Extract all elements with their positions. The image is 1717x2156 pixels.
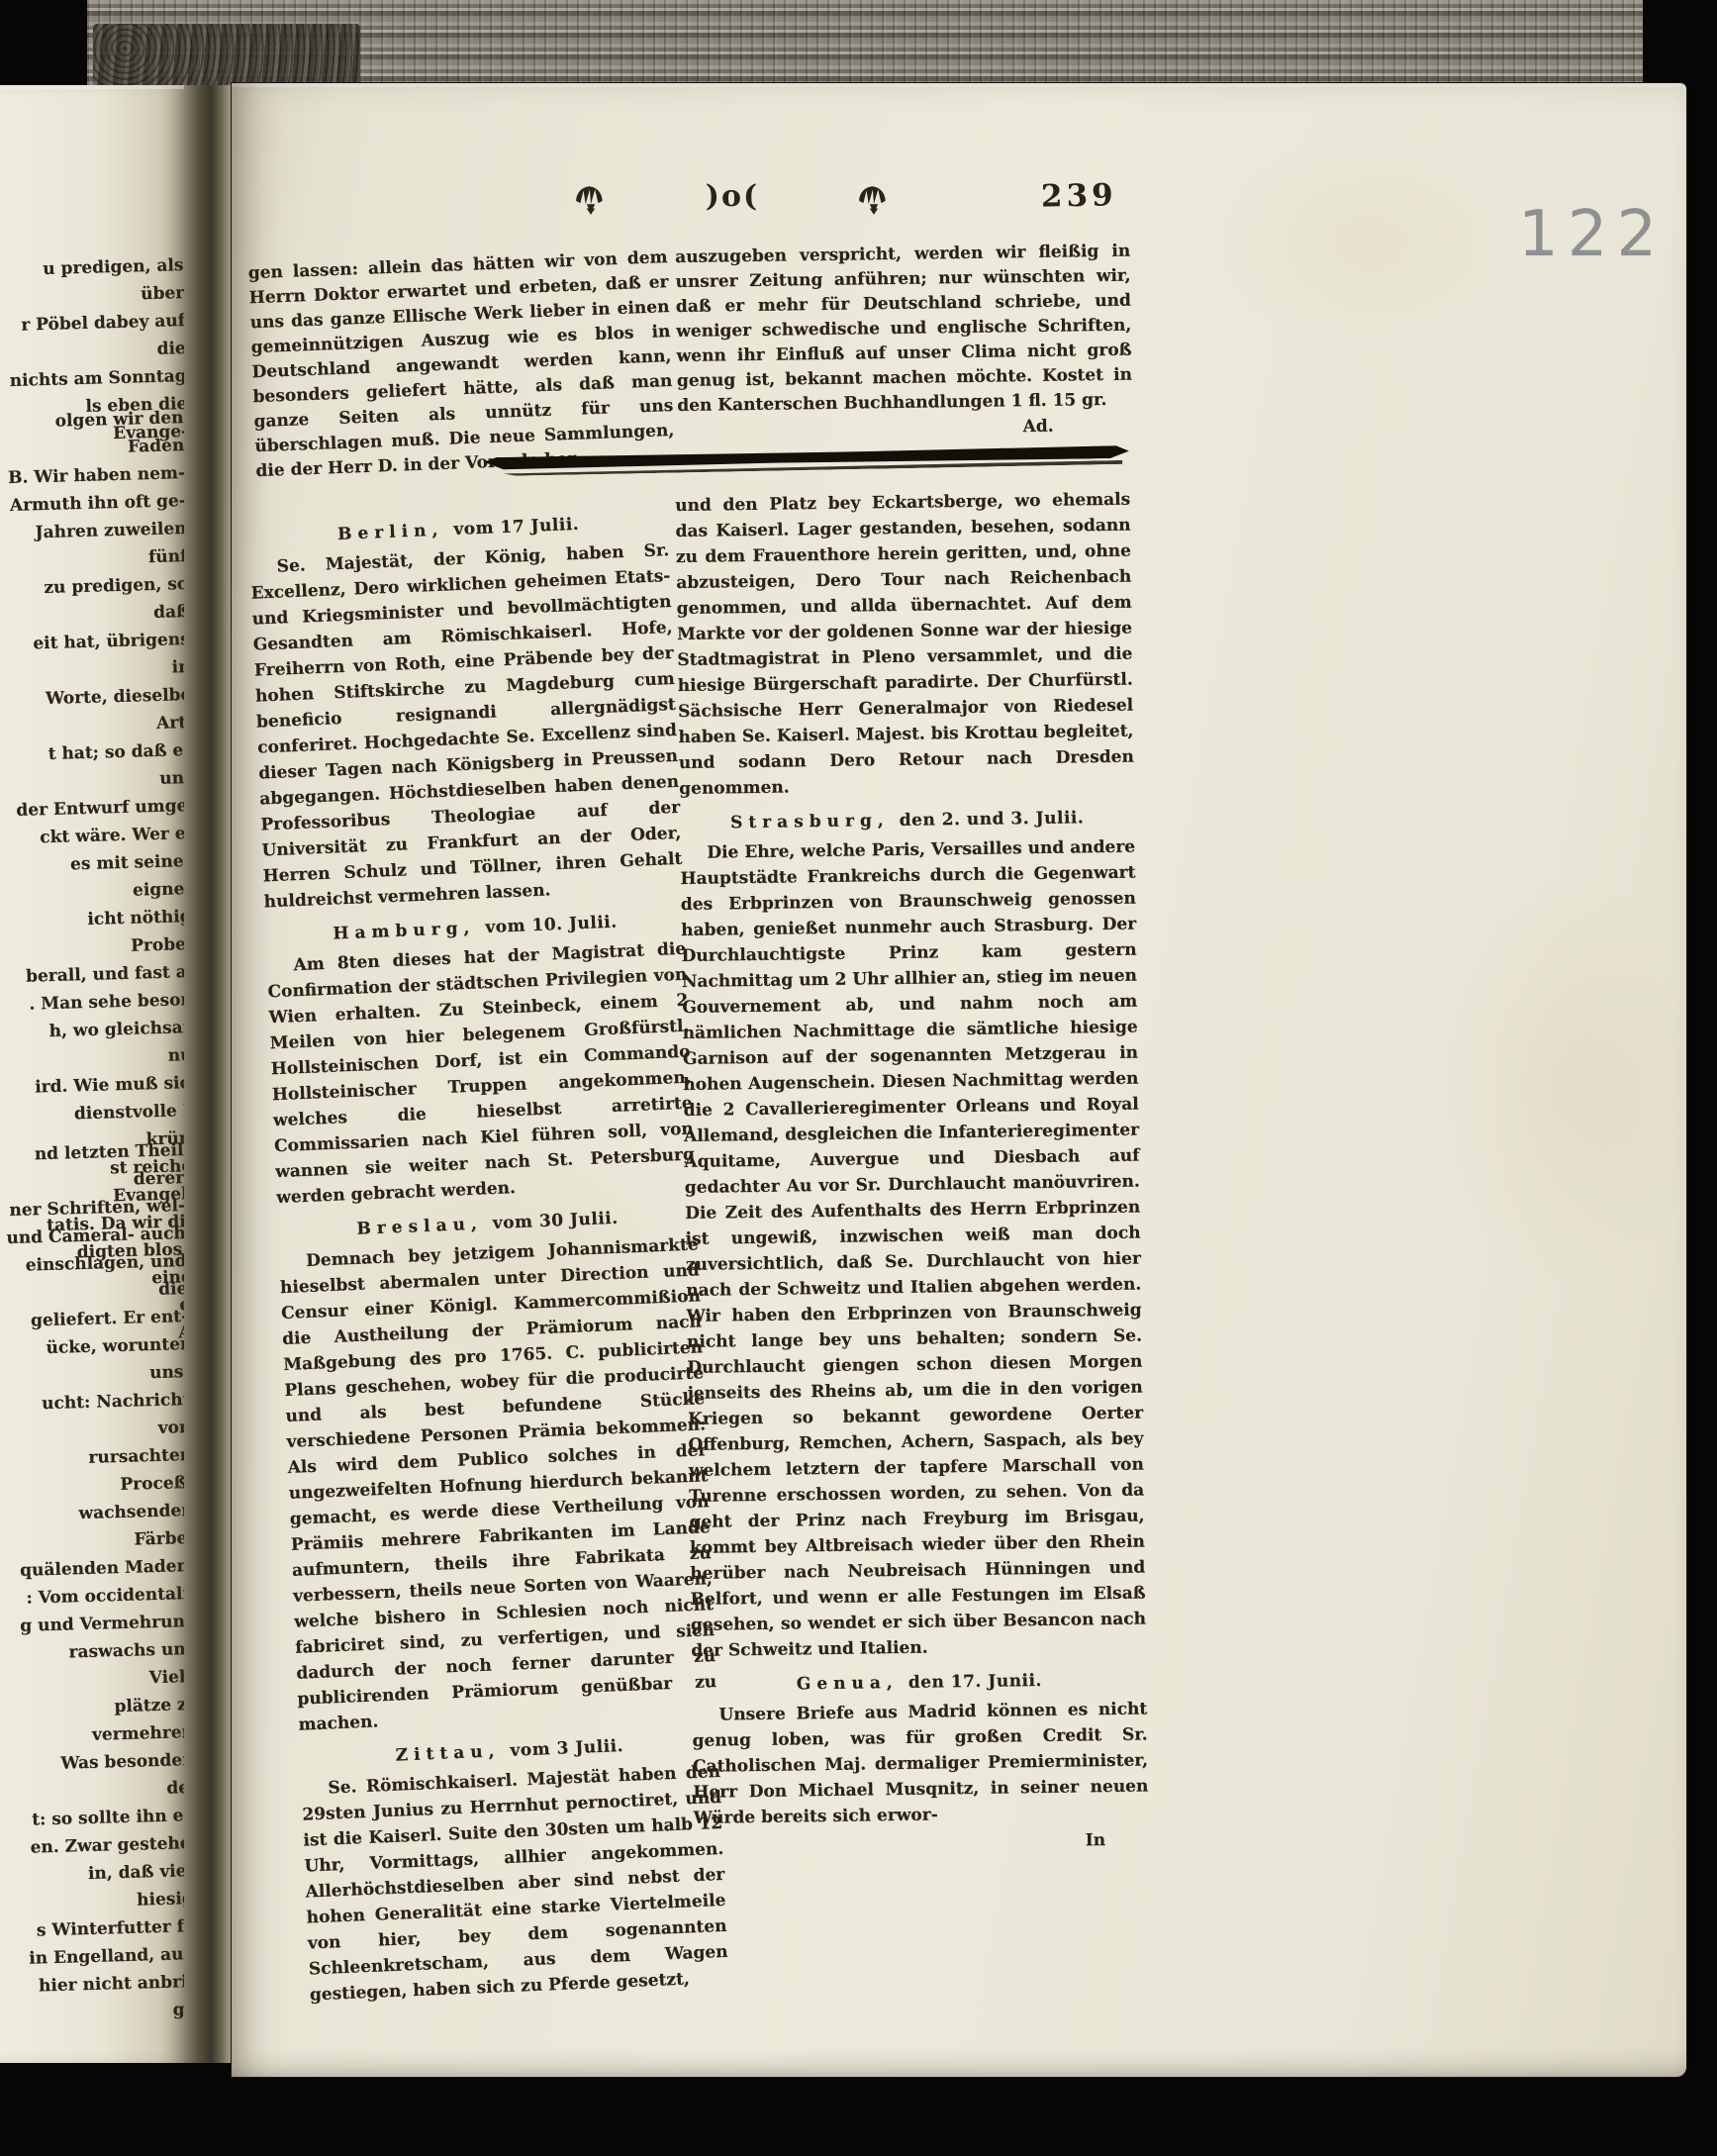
continuation-text: auszugeben verspricht, werden wir fleißi… [675, 242, 1132, 416]
main-page: )o( 239 122 gen lassen: allein das hätte… [232, 83, 1686, 2077]
heading-place: Breslau, [356, 1214, 483, 1238]
heading-date: den 17. Junii. [908, 1671, 1042, 1693]
section-body-breslau: Demnach bey jetzigem Johannismarkte hies… [278, 1231, 717, 1737]
section-body-strasburg: Die Ehre, welche Paris, Versailles und a… [680, 834, 1147, 1664]
heading-place: Hamburg, [333, 918, 476, 943]
zittau-continuation-paragraph: und den Platz bey Eckartsberge, wo ehema… [675, 487, 1134, 802]
section-heading-strasburg: Strasburg,den 2. und 3. Julii. [679, 805, 1134, 836]
scanned-book-page: u predigen, als über r Pöbel dabey auf d… [0, 0, 1717, 2156]
shell-ornament-icon [573, 184, 609, 216]
right-column: und den Platz bey Eckartsberge, wo ehema… [675, 487, 1149, 1859]
heading-place: Genua, [797, 1673, 899, 1694]
page-gutter-shadow [184, 85, 234, 2063]
facing-page-text-block: nd letzten Theil derer ner Schriften, we… [3, 1136, 188, 2028]
heading-place: Zittau, [395, 1741, 501, 1765]
heading-date: vom 10. Julii. [485, 912, 618, 937]
handwritten-folio-number: 122 [1518, 198, 1666, 271]
right-column-continuation-paragraph: auszugeben verspricht, werden wir fleißi… [675, 240, 1133, 444]
page-number: 239 [1041, 177, 1117, 214]
heading-date: den 2. und 3. Julii. [900, 808, 1085, 831]
heading-date: vom 30 Julii. [492, 1209, 619, 1233]
catchword: In [694, 1826, 1149, 1858]
shell-ornament-icon [856, 184, 892, 216]
section-body-hamburg: Am 8ten dieses hat der Magistrat die Con… [266, 936, 697, 1212]
left-column: Berlin,vom 17 Julii. Se. Majestät, der K… [247, 499, 729, 2008]
heading-date: vom 17 Julii. [453, 515, 580, 539]
heading-place: Strasburg, [730, 811, 890, 833]
heading-place: Berlin, [337, 520, 444, 543]
heading-date: vom 3 Julii. [510, 1736, 623, 1761]
facing-page-fragment: u predigen, als über r Pöbel dabey auf d… [0, 85, 188, 2063]
header-ornament-row: )o( [573, 182, 892, 217]
section-body-genua: Unsere Briefe aus Madrid können es nicht… [692, 1696, 1149, 1830]
header-center-mark: )o( [706, 179, 759, 214]
section-body-zittau: Se. Römischkaiserl. Majestät haben den 2… [301, 1759, 729, 2009]
left-column-continuation-paragraph: gen lassen: allein das hätten wir von de… [247, 245, 675, 484]
book-top-edge [87, 0, 1643, 89]
book-spine-texture [93, 24, 360, 85]
editor-signature: Ad. [677, 414, 1132, 444]
section-heading-genua: Genua,den 17. Junii. [692, 1666, 1147, 1698]
section-body-berlin: Se. Majestät, der König, haben Sr. Excel… [249, 538, 684, 915]
